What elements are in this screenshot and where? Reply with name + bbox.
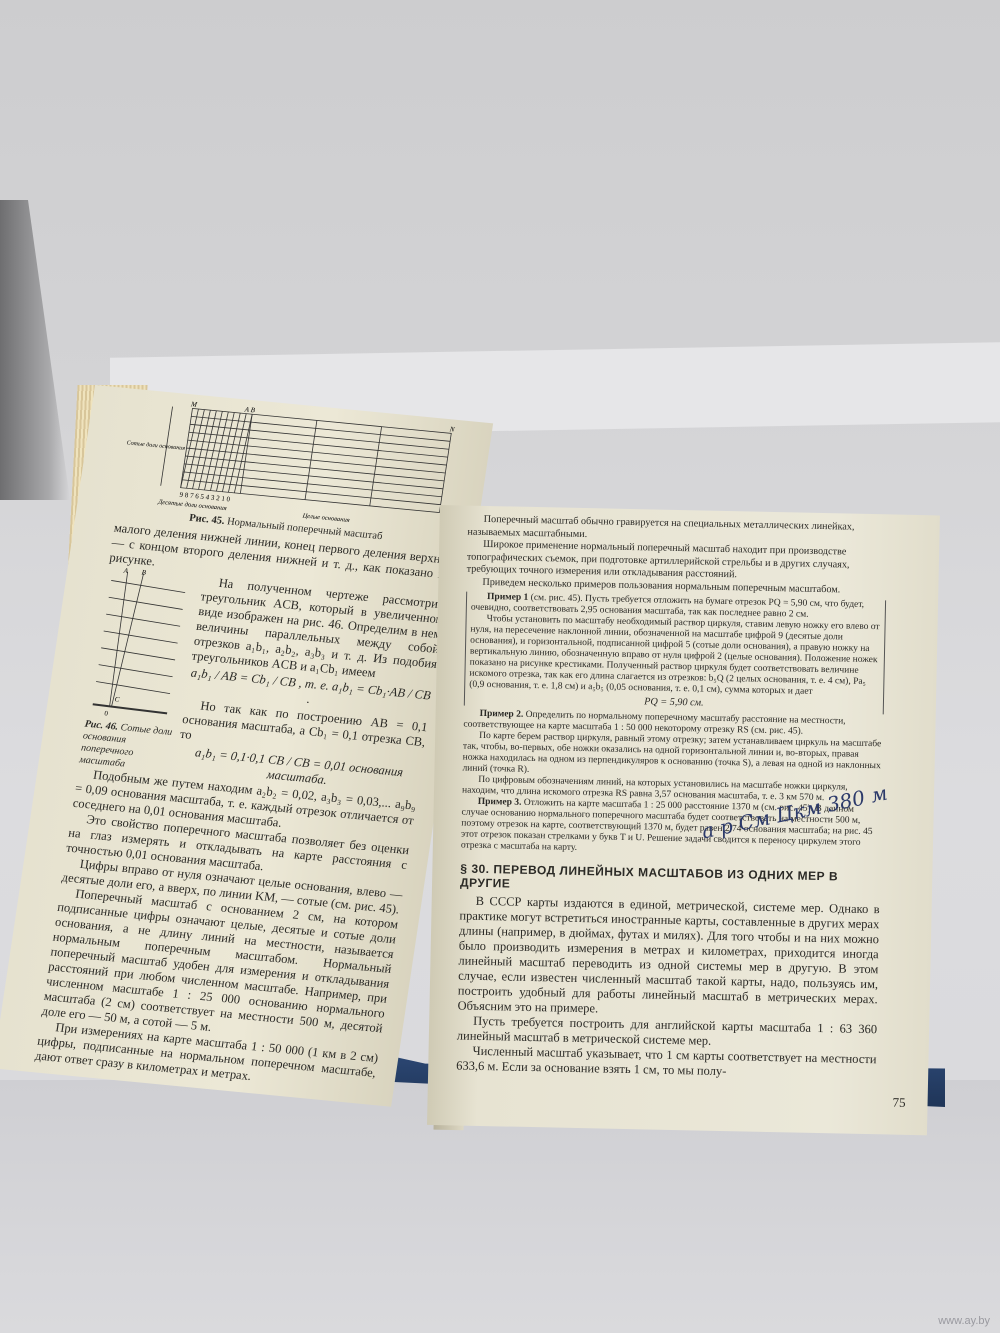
svg-text:B: B	[141, 568, 147, 576]
section-title: ПЕРЕВОД ЛИНЕЙНЫХ МАСШТАБОВ ИЗ ОДНИХ МЕР …	[460, 862, 838, 890]
svg-text:A: A	[122, 567, 129, 575]
example-2-title: Пример 2.	[480, 708, 524, 719]
section-number: § 30.	[460, 861, 489, 876]
example-3-title: Пример 3.	[478, 796, 522, 807]
figure-46-caption: Рис. 46. Сотые доли основания поперечног…	[78, 719, 173, 775]
background-wall	[0, 0, 1000, 380]
watermark: www.ay.by	[938, 1315, 990, 1327]
example-1-title: Пример 1	[487, 592, 528, 603]
example-1-text-2: Чтобы установить по масштабу необходимый…	[469, 614, 881, 700]
svg-text:Сотые доли основания: Сотые доли основания	[126, 439, 186, 452]
example-1: Пример 1 (см. рис. 45). Пусть требуется …	[464, 592, 886, 714]
right-page: Поперечный масштаб обычно гравируется на…	[427, 505, 940, 1135]
svg-text:C: C	[114, 695, 120, 703]
page-number: 75	[892, 1095, 905, 1111]
svg-text:A B: A B	[243, 405, 256, 414]
section-heading: § 30. ПЕРЕВОД ЛИНЕЙНЫХ МАСШТАБОВ ИЗ ОДНИ…	[460, 861, 880, 898]
svg-text:M: M	[189, 400, 198, 409]
svg-text:0: 0	[104, 709, 109, 717]
svg-text:N: N	[448, 425, 455, 433]
svg-text:Целые основания: Целые основания	[301, 512, 350, 524]
right-para-4: В СССР карты издаются в единой, метричес…	[457, 893, 879, 1022]
